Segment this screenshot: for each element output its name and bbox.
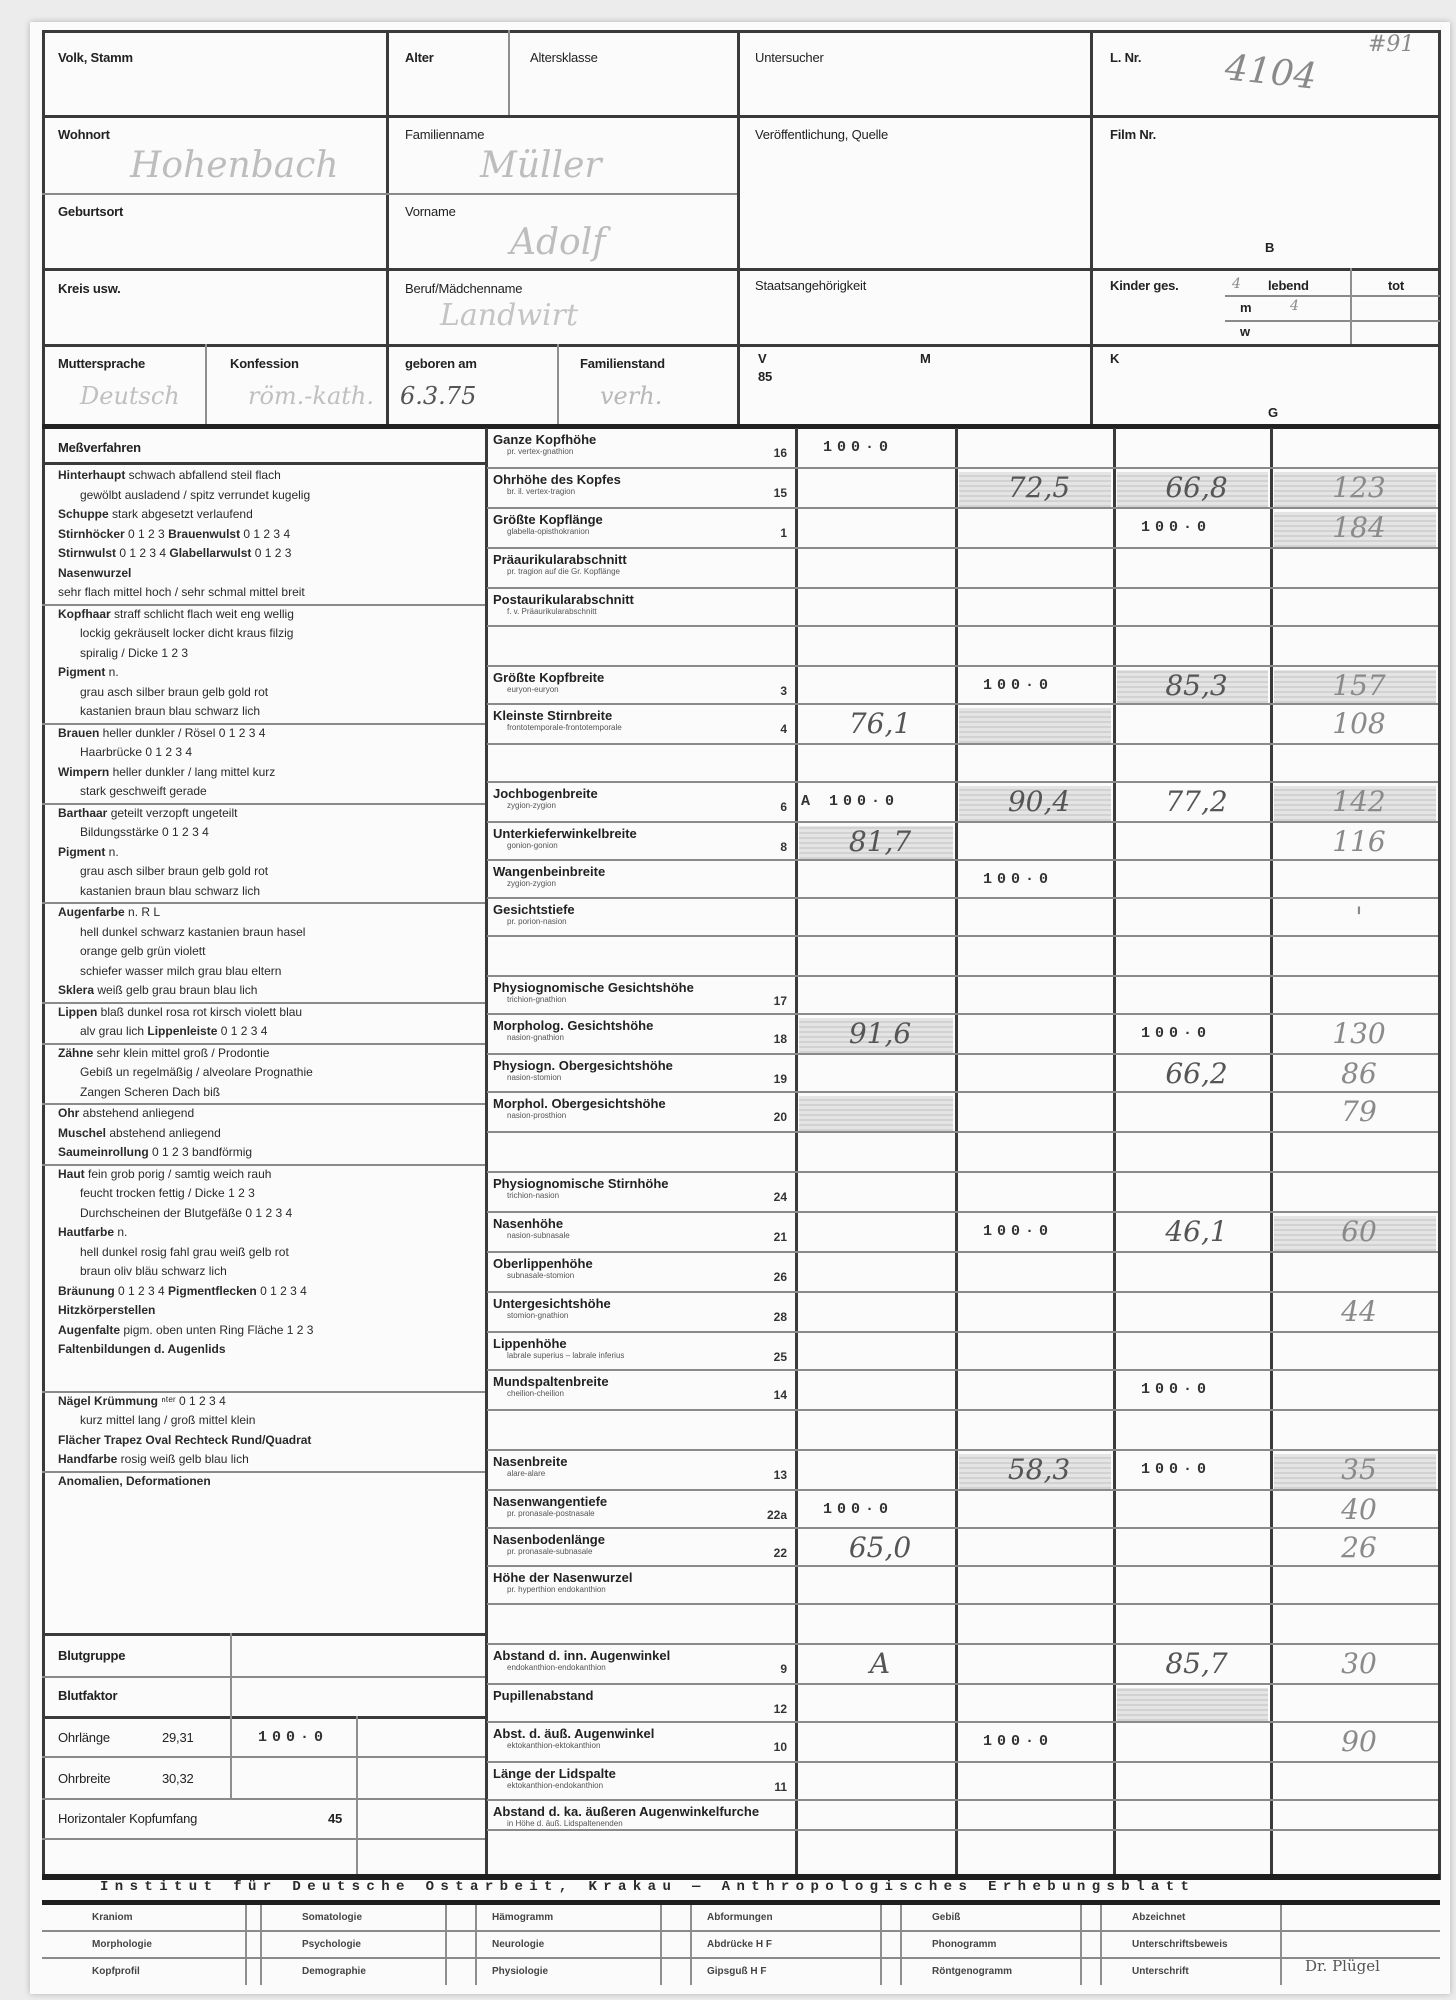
measurement-value[interactable]: 72,5: [1004, 471, 1074, 504]
frame-right: [1438, 30, 1441, 1880]
l-nr-annotation: #91: [1368, 32, 1414, 57]
footer-checkbox-label: Somatologie: [302, 1912, 362, 1923]
lebend-label: lebend: [1268, 278, 1309, 293]
divider: [1080, 1905, 1082, 1985]
checklist-line: Saumeinrollung 0 1 2 3 bandförmig: [58, 1145, 252, 1160]
divider: [42, 268, 1440, 271]
divider: [508, 30, 510, 115]
checklist-line: Handfarbe rosig weiß gelb blau lich: [58, 1452, 249, 1467]
alter-label: Alter: [405, 50, 434, 65]
checklist-line: Flächer Trapez Oval Rechteck Rund/Quadra…: [58, 1433, 311, 1448]
measurement-label: Untergesichtshöhestomion-gnathion28: [493, 1296, 793, 1332]
divider: [230, 1716, 232, 1800]
row-divider: [487, 859, 1438, 861]
kopfumfang-num: 45: [328, 1811, 342, 1826]
ohrbreite-num: 30,32: [162, 1771, 194, 1786]
measurement-value[interactable]: 46,1: [1162, 1215, 1232, 1248]
measurement-value[interactable]: 26: [1324, 1531, 1394, 1564]
checklist-line: Durchscheinen der Blutgefäße 0 1 2 3 4: [80, 1206, 292, 1221]
checklist-line: gewölbt ausladend / spitz verrundet kuge…: [80, 488, 310, 503]
divider: [42, 1957, 1440, 1959]
checklist-line: stark geschweift gerade: [80, 784, 207, 799]
geburtsort-label: Geburtsort: [58, 204, 123, 219]
row-divider: [487, 1489, 1438, 1491]
altersklasse-label: Altersklasse: [530, 50, 598, 65]
measurement-label: [493, 1414, 793, 1450]
checklist-line: Schuppe stark abgesetzt verlaufend: [58, 507, 253, 522]
footer-checkbox-label: Abdrücke H F: [707, 1939, 772, 1950]
muttersprache-value[interactable]: Deutsch: [80, 382, 180, 410]
measurement-label: Höhe der Nasenwurzelpr. hyperthion endok…: [493, 1570, 793, 1604]
col-d-border: [1270, 428, 1273, 1880]
measurement-value[interactable]: A: [845, 1647, 915, 1680]
divider: [245, 1905, 247, 1985]
wohnort-label: Wohnort: [58, 127, 110, 142]
measurement-value[interactable]: 79: [1324, 1095, 1394, 1128]
row-divider: [487, 781, 1438, 783]
left-panel-border: [485, 428, 488, 1880]
measurement-label: Postaurikularabschnittf. v. Präaurikular…: [493, 592, 793, 626]
vorname-value[interactable]: Adolf: [510, 222, 606, 263]
measurement-value[interactable]: 76,1: [845, 707, 915, 740]
kinder-m-lebend[interactable]: 4: [1290, 298, 1299, 314]
row-divider: [487, 1643, 1438, 1645]
measurement-value[interactable]: ': [1324, 901, 1394, 934]
checklist-line: lockig gekräuselt locker dicht kraus fil…: [80, 626, 293, 641]
row-divider: [487, 1369, 1438, 1371]
measurement-value[interactable]: 108: [1324, 707, 1394, 740]
row-divider: [487, 897, 1438, 899]
measurement-label: Pupillenabstand12: [493, 1688, 793, 1722]
checklist-line: kurz mittel lang / groß mittel klein: [80, 1413, 255, 1428]
checklist-line: Hinterhaupt schwach abfallend steil flac…: [58, 468, 281, 483]
divider: [690, 1905, 692, 1985]
row-divider: [487, 1449, 1438, 1451]
measurement-label: Nasenwangentiefepr. pronasale-postnasale…: [493, 1494, 793, 1528]
row-divider: [487, 1603, 1438, 1605]
frame-top: [42, 30, 1440, 33]
measurement-label: Wangenbeinbreitezygion-zygion: [493, 864, 793, 898]
measurement-value[interactable]: 86: [1324, 1057, 1394, 1090]
divider: [42, 1756, 485, 1758]
row-divider: [487, 1211, 1438, 1213]
volk-stamm-label: Volk, Stamm: [58, 50, 133, 65]
divider: [205, 344, 207, 425]
row-divider: [487, 1799, 1438, 1801]
wohnort-value[interactable]: Hohenbach: [130, 145, 339, 186]
measurement-label: [493, 940, 793, 976]
measurement-label: [493, 630, 793, 666]
row-divider: [487, 547, 1438, 549]
measurement-label: Nasenhöhenasion-subnasale21: [493, 1216, 793, 1252]
checklist-line: Zangen Scheren Dach biß: [80, 1085, 220, 1100]
measurement-label: [493, 1608, 793, 1644]
section-divider: [42, 424, 1440, 429]
measurement-value[interactable]: 44: [1324, 1295, 1394, 1328]
measurement-value[interactable]: 30: [1324, 1647, 1394, 1680]
col-b-border: [955, 428, 958, 1880]
checklist-line: Bräunung 0 1 2 3 4 Pigmentflecken 0 1 2 …: [58, 1284, 307, 1299]
checklist-line: orange gelb grün violett: [80, 944, 205, 959]
geboren-am-label: geboren am: [405, 356, 477, 371]
measurement-value[interactable]: 90: [1324, 1725, 1394, 1758]
checklist-line: hell dunkel rosig fahl grau weiß gelb ro…: [80, 1245, 289, 1260]
divider: [445, 1905, 447, 1985]
row-divider: [487, 1409, 1438, 1411]
measurement-value[interactable]: 77,2: [1162, 785, 1232, 818]
checklist-line: Sklera weiß gelb grau braun blau lich: [58, 983, 257, 998]
checklist-line: Augenfarbe n. R L: [58, 905, 160, 920]
divider: [42, 1164, 485, 1166]
shaded-cell: [799, 1096, 953, 1131]
checklist-line: hell dunkel schwarz kastanien braun hase…: [80, 925, 305, 940]
divider: [1225, 320, 1440, 322]
k-label: K: [1110, 351, 1119, 366]
ohrlaenge-value: 100·0: [258, 1729, 328, 1746]
divider: [1100, 1905, 1102, 1985]
measurement-value[interactable]: 90,4: [1004, 785, 1074, 818]
measurement-value[interactable]: 66,2: [1162, 1057, 1232, 1090]
l-nr-label: L. Nr.: [1110, 50, 1141, 65]
row-divider: [487, 587, 1438, 589]
measurement-label: Physiogn. Obergesichtshöhenasion-stomion…: [493, 1058, 793, 1092]
checklist-line: Nägel Krümmung ⁿᵗᵉʳ 0 1 2 3 4: [58, 1394, 226, 1409]
checklist-line: Muschel abstehend anliegend: [58, 1126, 221, 1141]
measurement-value[interactable]: 100·0: [983, 1733, 1053, 1750]
v-value: 85: [758, 369, 772, 384]
geboren-am-value[interactable]: 6.3.75: [400, 382, 476, 410]
divider: [900, 1905, 902, 1985]
measurement-label: Ohrhöhe des Kopfesbr. il. vertex-tragion…: [493, 472, 793, 508]
footer-checkbox-label: Morphologie: [92, 1939, 152, 1950]
divider: [42, 1633, 485, 1636]
row-divider: [487, 1013, 1438, 1015]
measurement-label: Größte Kopfbreiteeuryon-euryon3: [493, 670, 793, 704]
ohrlaenge-label: Ohrlänge: [58, 1730, 110, 1745]
measurement-label: Abst. d. äuß. Augenwinkelektokanthion-ek…: [493, 1726, 793, 1762]
checklist-line: Faltenbildungen d. Augenlids: [58, 1342, 226, 1357]
measurement-label: Abstand d. inn. Augenwinkelendokanthion-…: [493, 1648, 793, 1684]
measurement-value[interactable]: 66,8: [1162, 471, 1232, 504]
divider: [42, 1676, 485, 1678]
footer-checkbox-label: Hämogramm: [492, 1912, 553, 1923]
checklist-line: kastanien braun blau schwarz lich: [80, 884, 260, 899]
measurement-label: Physiognomische Gesichtshöhetrichion-gna…: [493, 980, 793, 1014]
divider: [42, 344, 1440, 347]
row-divider: [487, 1683, 1438, 1685]
checklist-line: Hitzkörperstellen: [58, 1303, 155, 1318]
footer-checkbox-label: Physiologie: [492, 1966, 548, 1977]
measurement-value[interactable]: 40: [1324, 1493, 1394, 1526]
measurement-value[interactable]: 100·0: [983, 871, 1053, 888]
divider: [42, 1798, 485, 1800]
row-divider: [487, 1565, 1438, 1567]
signature: Dr. Plügel: [1305, 1957, 1380, 1975]
row-divider: [487, 1171, 1438, 1173]
checklist-line: Kopfhaar straff schlicht flach weit eng …: [58, 607, 294, 622]
footer-bar: [42, 1900, 1440, 1905]
measurement-value[interactable]: 91,6: [845, 1017, 915, 1050]
measurement-label: Physiognomische Stirnhöhetrichion-nasion…: [493, 1176, 793, 1212]
measurement-label: Ganze Kopfhöhepr. vertex-gnathion16: [493, 432, 793, 468]
institute-title: Institut für Deutsche Ostarbeit, Krakau …: [100, 1879, 1195, 1895]
divider: [1090, 30, 1093, 425]
checklist-line: Zähne sehr klein mittel groß / Prodontie: [58, 1046, 269, 1061]
muttersprache-label: Muttersprache: [58, 356, 145, 371]
checklist-line: Bildungsstärke 0 1 2 3 4: [80, 825, 209, 840]
checklist-line: Augenfalte pigm. oben unten Ring Fläche …: [58, 1323, 313, 1338]
measurement-label: Größte Kopflängeglabella-opisthokranion1: [493, 512, 793, 548]
footer-checkbox-label: Neurologie: [492, 1939, 544, 1950]
measurement-value[interactable]: A 100·0: [801, 793, 899, 810]
divider: [386, 30, 389, 425]
checklist-line: feucht trocken fettig / Dicke 1 2 3: [80, 1186, 255, 1201]
checklist-line: alv grau lich Lippenleiste 0 1 2 3 4: [80, 1024, 267, 1039]
divider: [475, 1905, 477, 1985]
measurement-value[interactable]: 184: [1324, 511, 1394, 544]
measurement-value[interactable]: 100·0: [1141, 1461, 1211, 1478]
untersucher-label: Untersucher: [755, 50, 824, 65]
checklist-line: Haarbrücke 0 1 2 3 4: [80, 745, 192, 760]
kinder-label: Kinder ges.: [1110, 278, 1179, 293]
row-divider: [487, 1131, 1438, 1133]
measurement-value[interactable]: 58,3: [1004, 1453, 1074, 1486]
checklist-line: Hautfarbe n.: [58, 1225, 127, 1240]
divider: [42, 1391, 485, 1393]
konfession-value[interactable]: röm.-kath.: [248, 382, 374, 410]
row-divider: [487, 1291, 1438, 1293]
measurement-label: [493, 748, 793, 782]
row-divider: [487, 1091, 1438, 1093]
ohrlaenge-num: 29,31: [162, 1730, 194, 1745]
film-mark: B: [1265, 240, 1274, 255]
checklist-line: Pigment n.: [58, 665, 119, 680]
footer-checkbox-label: Kraniom: [92, 1912, 133, 1923]
measurement-value[interactable]: 85,3: [1162, 669, 1232, 702]
measurement-value[interactable]: 60: [1324, 1215, 1394, 1248]
row-divider: [487, 1721, 1438, 1723]
divider: [42, 1930, 1440, 1932]
divider: [42, 115, 1440, 118]
measurement-value[interactable]: 100·0: [1141, 519, 1211, 536]
vorname-label: Vorname: [405, 204, 456, 219]
checklist-line: Nasenwurzel: [58, 566, 131, 581]
blutfaktor-label: Blutfaktor: [58, 1688, 117, 1703]
measurement-value[interactable]: 81,7: [845, 825, 915, 858]
divider: [557, 344, 559, 425]
measurement-label: Jochbogenbreitezygion-zygion6: [493, 786, 793, 822]
divider: [356, 1716, 358, 1876]
row-divider: [487, 1053, 1438, 1055]
measurement-value[interactable]: 123: [1324, 471, 1394, 504]
familienname-value[interactable]: Müller: [480, 145, 602, 186]
footer-checkbox-label: Unterschriftsbeweis: [1132, 1939, 1228, 1950]
checklist-line: Lippen blaß dunkel rosa rot kirsch viole…: [58, 1005, 302, 1020]
familienstand-label: Familienstand: [580, 356, 665, 371]
col-c-border: [1113, 428, 1116, 1880]
row-divider: [487, 821, 1438, 823]
divider: [42, 604, 485, 606]
checklist-line: grau asch silber braun gelb gold rot: [80, 685, 268, 700]
divider: [42, 462, 485, 465]
row-divider: [487, 743, 1438, 745]
footer-checkbox-label: Abformungen: [707, 1912, 773, 1923]
measurement-value[interactable]: 100·0: [823, 1501, 893, 1518]
checklist-line: Barthaar geteilt verzopft ungeteilt: [58, 806, 237, 821]
measurement-label: Kleinste Stirnbreitefrontotemporale-fron…: [493, 708, 793, 744]
beruf-label: Beruf/Mädchenname: [405, 281, 522, 296]
tot-label: tot: [1388, 278, 1404, 293]
divider: [42, 1043, 485, 1045]
beruf-value[interactable]: Landwirt: [440, 298, 578, 333]
footer-checkbox-label: Gebiß: [932, 1912, 960, 1923]
measurement-value[interactable]: 65,0: [845, 1531, 915, 1564]
g-label: G: [1268, 405, 1278, 420]
kopfumfang-label: Horizontaler Kopfumfang: [58, 1811, 197, 1826]
left-panel-title: Meßverfahren: [58, 440, 141, 455]
measurement-value[interactable]: 157: [1324, 669, 1394, 702]
checklist-line: kastanien braun blau schwarz lich: [80, 704, 260, 719]
divider: [1225, 295, 1440, 297]
footer-checkbox-label: Unterschrift: [1132, 1966, 1189, 1977]
veroeffentlichung-label: Veröffentlichung, Quelle: [755, 127, 888, 142]
measurement-label: Morphol. Obergesichtshöhenasion-prosthio…: [493, 1096, 793, 1132]
measurement-value[interactable]: 100·0: [1141, 1381, 1211, 1398]
footer-checkbox-label: Kopfprofil: [92, 1966, 140, 1977]
divider: [42, 1838, 485, 1840]
footer-checkbox-label: Psychologie: [302, 1939, 361, 1950]
konfession-label: Konfession: [230, 356, 299, 371]
measurement-label: Nasenbreitealare-alare13: [493, 1454, 793, 1490]
row-divider: [487, 975, 1438, 977]
measurement-value[interactable]: 100·0: [823, 439, 893, 456]
measurement-value[interactable]: 142: [1324, 785, 1394, 818]
divider: [737, 30, 740, 425]
row-divider: [487, 935, 1438, 937]
measurement-label: Morpholog. Gesichtshöhenasion-gnathion18: [493, 1018, 793, 1054]
checklist-line: Stirnwulst 0 1 2 3 4 Glabellarwulst 0 1 …: [58, 546, 291, 561]
footer-checkbox-label: Röntgenogramm: [932, 1966, 1012, 1977]
measurement-label: [493, 1136, 793, 1172]
row-divider: [487, 1761, 1438, 1763]
measurement-label: Lippenhöhelabrale superius – labrale inf…: [493, 1336, 793, 1370]
film-nr-label: Film Nr.: [1110, 127, 1156, 142]
checklist-line: spiralig / Dicke 1 2 3: [80, 646, 188, 661]
footer-checkbox-label: Abzeichnet: [1132, 1912, 1185, 1923]
staatsangehoerigkeit-label: Staatsangehörigkeit: [755, 278, 866, 293]
measurement-label: Abstand d. ka. äußeren Augenwinkelfurche…: [493, 1804, 793, 1830]
divider: [880, 1905, 882, 1985]
divider: [42, 1716, 485, 1719]
divider: [260, 1905, 262, 1985]
measurement-value[interactable]: 35: [1324, 1453, 1394, 1486]
measurement-label: Gesichtstiefepr. porion-nasion: [493, 902, 793, 936]
ohrbreite-label: Ohrbreite: [58, 1771, 110, 1786]
checklist-line: Stirnhöcker 0 1 2 3 Brauenwulst 0 1 2 3 …: [58, 527, 290, 542]
divider: [42, 193, 737, 195]
footer-checkbox-label: Demographie: [302, 1966, 366, 1977]
measurement-value[interactable]: 100·0: [1141, 1025, 1211, 1042]
m-label: M: [920, 351, 931, 366]
divider: [1280, 1905, 1282, 1985]
shaded-cell: [1117, 1688, 1268, 1721]
footer-checkbox-label: Gipsguß H F: [707, 1966, 766, 1977]
divider: [42, 723, 485, 725]
divider: [1350, 268, 1352, 344]
measurement-label: Präaurikularabschnittpr. tragion auf die…: [493, 552, 793, 588]
row-divider: [487, 1331, 1438, 1333]
kinder-m-label: m: [1240, 300, 1251, 315]
shaded-cell: [959, 708, 1111, 743]
row-divider: [487, 1829, 1438, 1831]
row-divider: [487, 625, 1438, 627]
measurement-label: Mundspaltenbreitecheilion-cheilion14: [493, 1374, 793, 1410]
row-divider: [487, 703, 1438, 705]
checklist-line: braun oliv bläu schwarz lich: [80, 1264, 227, 1279]
checklist-line: Wimpern heller dunkler / lang mittel kur…: [58, 765, 275, 780]
frame-left: [42, 30, 45, 1880]
divider: [42, 902, 485, 904]
measurement-label: Oberlippenhöhesubnasale-stomion26: [493, 1256, 793, 1292]
divider: [660, 1905, 662, 1985]
measurement-value[interactable]: 100·0: [983, 677, 1053, 694]
divider: [42, 803, 485, 805]
familienname-label: Familienname: [405, 127, 484, 142]
v-label: V: [758, 351, 766, 366]
checklist-line: Ohr abstehend anliegend: [58, 1106, 194, 1121]
checklist-line: Haut fein grob porig / samtig weich rauh: [58, 1167, 271, 1182]
checklist-line: sehr flach mittel hoch / sehr schmal mit…: [58, 585, 305, 600]
checklist-line: Gebiß un regelmäßig / alveolare Prognath…: [80, 1065, 313, 1080]
divider: [42, 1103, 485, 1105]
measurement-value[interactable]: 85,7: [1162, 1647, 1232, 1680]
measurement-label: Unterkieferwinkelbreitegonion-gonion8: [493, 826, 793, 860]
measurement-label: Länge der Lidspalteektokanthion-endokant…: [493, 1766, 793, 1800]
checklist-line: Anomalien, Deformationen: [58, 1474, 211, 1489]
row-divider: [487, 1251, 1438, 1253]
row-divider: [487, 665, 1438, 667]
kinder-w-label: w: [1240, 324, 1250, 339]
footer-checkbox-label: Phonogramm: [932, 1939, 996, 1950]
measurement-value[interactable]: 116: [1324, 825, 1394, 858]
col-a-border: [795, 428, 798, 1880]
row-divider: [487, 467, 1438, 469]
measurement-label: Nasenbodenlängepr. pronasale-subnasale22: [493, 1532, 793, 1566]
measurement-value[interactable]: 130: [1324, 1017, 1394, 1050]
kreis-label: Kreis usw.: [58, 281, 121, 296]
divider: [42, 1002, 485, 1004]
blutgruppe-label: Blutgruppe: [58, 1648, 125, 1663]
checklist-line: grau asch silber braun gelb gold rot: [80, 864, 268, 879]
divider: [42, 1471, 485, 1473]
kinder-count[interactable]: 4: [1232, 276, 1241, 292]
checklist-line: schiefer wasser milch grau blau eltern: [80, 964, 281, 979]
familienstand-value[interactable]: verh.: [600, 382, 662, 410]
measurement-value[interactable]: 100·0: [983, 1223, 1053, 1240]
row-divider: [487, 1527, 1438, 1529]
checklist-line: Brauen heller dunkler / Rösel 0 1 2 3 4: [58, 726, 265, 741]
checklist-line: Pigment n.: [58, 845, 119, 860]
row-divider: [487, 507, 1438, 509]
